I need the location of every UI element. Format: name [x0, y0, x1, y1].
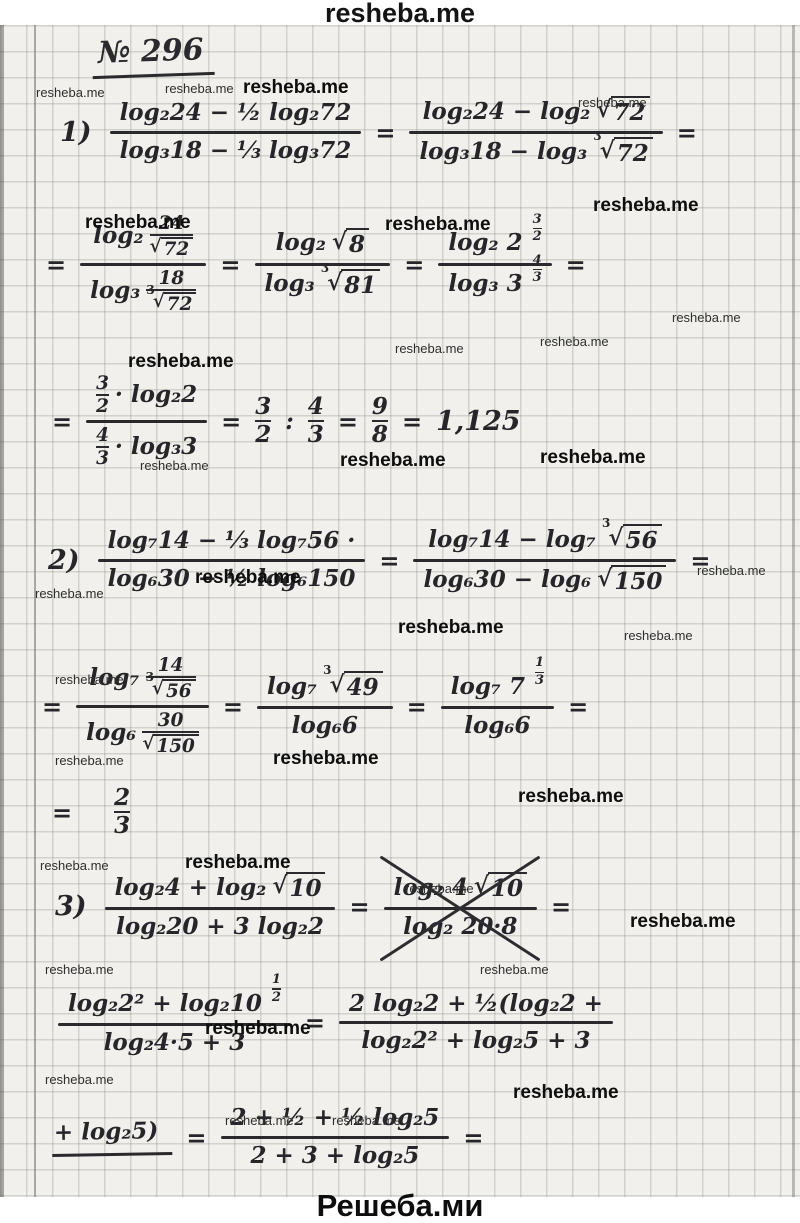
- watermark-bottom: Решеба.ми: [317, 1188, 484, 1223]
- exponent-fraction: 43: [533, 254, 542, 286]
- equation-row-5: = log₇ 14 3√56 log₆ 30 √150 = log₇ 3√49 …: [42, 656, 588, 756]
- radicand: 56: [163, 679, 196, 701]
- ratio-fraction: 32: [255, 395, 271, 447]
- watermark: resheba.me: [35, 586, 104, 601]
- denominator: log₆6: [464, 712, 530, 741]
- fraction-bar: [257, 706, 393, 709]
- numerator: 9: [372, 395, 388, 419]
- equals-sign: =: [375, 118, 395, 147]
- watermark: resheba.me: [85, 212, 191, 234]
- equals-sign: =: [677, 118, 697, 147]
- equals-sign: =: [568, 692, 588, 721]
- square-root-radical: √10: [272, 872, 325, 904]
- equals-sign: =: [402, 407, 422, 436]
- item-label: 3): [55, 891, 87, 922]
- nested-numerator: 18: [159, 269, 185, 288]
- fraction-bar: [76, 705, 209, 708]
- equals-sign: =: [551, 892, 571, 921]
- cube-root-radical: 3√72: [593, 137, 653, 169]
- radical-sign: √: [272, 872, 287, 901]
- nested-fraction: 30 √150: [142, 711, 198, 757]
- denominator-text: log₃: [90, 277, 140, 306]
- nested-fraction: 18 3√72: [146, 269, 196, 315]
- equals-sign: =: [186, 1123, 206, 1152]
- radical-sign: √: [597, 565, 612, 594]
- fraction-bar: [221, 1136, 450, 1139]
- equation-row-4: 2) log₇14 − ⅓ log₇56 · log₆30 − ½ log₆15…: [48, 524, 710, 597]
- fraction: log₂4 + log₂ √10 log₂20 + 3 log₂2: [105, 872, 336, 942]
- fraction-bar: [413, 559, 676, 562]
- numerator: 4: [96, 426, 109, 445]
- denominator-text: log₃18 − log₃: [419, 138, 587, 167]
- denominator-text: log₃: [265, 270, 315, 299]
- notebook-margin-line: [34, 25, 36, 1197]
- exp-numerator: 3: [533, 213, 542, 227]
- fraction-bar: [339, 1021, 613, 1024]
- fraction-bar: [98, 559, 366, 562]
- watermark: resheba.me: [128, 351, 234, 373]
- result-fraction: 23: [114, 786, 130, 838]
- watermark: resheba.me: [45, 962, 114, 977]
- ratio-fraction: 43: [308, 395, 324, 447]
- watermark: resheba.me: [398, 617, 504, 639]
- watermark: resheba.me: [385, 214, 491, 236]
- coefficient-fraction: 32: [96, 374, 109, 417]
- denominator: 2: [255, 423, 271, 447]
- watermark: resheba.me: [540, 447, 646, 469]
- equals-sign: =: [338, 407, 358, 436]
- watermark: resheba.me: [36, 85, 105, 100]
- square-root-radical: √10: [474, 872, 527, 904]
- denominator: 2 + 3 + log₂5: [251, 1142, 420, 1171]
- square-root-radical: √8: [332, 228, 369, 260]
- numerator: 3: [255, 395, 271, 419]
- equals-sign: =: [379, 546, 399, 575]
- item-label: 1): [60, 117, 92, 148]
- fraction: 2 log₂2 + ½(log₂2 + log₂2² + log₂5 + 3: [339, 990, 613, 1057]
- equation-row-6: = 23: [52, 786, 130, 838]
- radicand: 72: [161, 237, 194, 259]
- equals-sign: =: [220, 250, 240, 279]
- fraction: log₂ √8 log₃ 3√81: [255, 228, 391, 301]
- exp-denominator: 3: [533, 271, 542, 285]
- cube-root-radical: 3√49: [323, 671, 383, 703]
- denominator-text: log₃ 3: [448, 270, 522, 299]
- equals-sign: =: [407, 692, 427, 721]
- denominator: log₃18 − ⅓ log₃72: [120, 137, 352, 166]
- exp-numerator: 1: [272, 973, 281, 987]
- equals-sign: =: [221, 407, 241, 436]
- equals-sign: =: [404, 250, 424, 279]
- equals-sign: =: [463, 1123, 483, 1152]
- cube-root-radical: 3√72: [146, 292, 196, 314]
- fraction-bar: [441, 706, 554, 709]
- nested-numerator: 30: [158, 711, 184, 730]
- radicand: 10: [286, 872, 325, 904]
- radicand: 72: [164, 292, 197, 314]
- item-label: 2): [48, 545, 80, 576]
- radicand: 8: [346, 228, 369, 260]
- problem-number-title: № 296: [91, 32, 214, 79]
- watermark: resheba.me: [40, 858, 109, 873]
- exp-numerator: 1: [535, 656, 544, 670]
- radicand: 150: [611, 565, 666, 597]
- watermark: resheba.me: [624, 628, 693, 643]
- exponent-fraction: 12: [272, 973, 281, 1005]
- denominator-text: log₆: [86, 719, 136, 748]
- fraction-bar: [110, 131, 362, 134]
- fraction-bar: [105, 907, 336, 910]
- watermark: resheba.me: [55, 753, 124, 768]
- denominator: log₂ 20·8: [403, 913, 517, 942]
- fraction: log₇ 7 13 log₆6: [441, 671, 554, 741]
- numerator-text: log₇ 7: [451, 673, 525, 702]
- square-root-radical: √150: [142, 734, 198, 756]
- watermark: resheba.me: [332, 1113, 401, 1128]
- cube-root-radical: 3√56: [602, 524, 662, 556]
- scanned-notebook-page: { "wm": { "text": "resheba.me", "bottom"…: [0, 0, 800, 1223]
- denominator-text: · log₃3: [115, 433, 197, 462]
- page-left-edge: [0, 25, 4, 1197]
- numerator-text: log₂: [276, 229, 326, 258]
- equation-row-7: 3) log₂4 + log₂ √10 log₂20 + 3 log₂2 = l…: [55, 872, 571, 942]
- square-root-radical: √150: [597, 565, 666, 597]
- watermark: resheba.me: [195, 567, 301, 589]
- watermark: resheba.me: [578, 95, 647, 110]
- denominator: 3: [96, 449, 109, 468]
- numerator-text: · log₂2: [115, 381, 197, 410]
- equals-sign: =: [42, 692, 62, 721]
- equation-row-3: = 32 · log₂2 43 · log₃3 = 32 : 43 = 98 =…: [52, 374, 521, 468]
- equals-sign: =: [349, 892, 369, 921]
- equation-row-8: log₂2² + log₂10 12 log₂4·5 + 3 = 2 log₂2…: [58, 988, 613, 1058]
- watermark: resheba.me: [395, 341, 464, 356]
- watermark: resheba.me: [140, 458, 209, 473]
- watermark: resheba.me: [325, 0, 475, 29]
- watermark: resheba.me: [225, 1113, 294, 1128]
- watermark: resheba.me: [185, 852, 291, 874]
- decimal-result: 1,125: [436, 406, 521, 437]
- nested-fraction: 14 3√56: [146, 656, 196, 702]
- radical-sign: √: [332, 228, 347, 257]
- fraction: log₇ 3√49 log₆6: [257, 671, 393, 741]
- exp-denominator: 2: [272, 991, 281, 1005]
- fraction: 32 · log₂2 43 · log₃3: [86, 374, 207, 468]
- numerator: log₂24 − ½ log₂72: [120, 99, 352, 128]
- fraction: log₂24 − ½ log₂72 log₃18 − ⅓ log₃72: [110, 99, 362, 166]
- denominator: 3: [114, 814, 130, 838]
- exp-numerator: 4: [533, 254, 542, 268]
- nested-numerator: 14: [158, 656, 184, 675]
- watermark: resheba.me: [55, 672, 124, 687]
- numerator: 4: [308, 395, 324, 419]
- watermark: resheba.me: [405, 881, 474, 896]
- numerator: 2: [114, 786, 130, 810]
- numerator: log₇14 − ⅓ log₇56 ·: [108, 527, 356, 556]
- numerator: 2 log₂2 + ½(log₂2 +: [349, 990, 603, 1019]
- square-root-radical: √72: [150, 237, 194, 259]
- fraction: log₇14 − log₇ 3√56 log₆30 − log₆ √150: [413, 524, 676, 597]
- watermark: resheba.me: [243, 77, 349, 99]
- exp-denominator: 3: [535, 674, 544, 688]
- watermark: resheba.me: [340, 450, 446, 472]
- exp-denominator: 2: [533, 230, 542, 244]
- radical-sign: √: [330, 671, 345, 700]
- watermark: resheba.me: [45, 1072, 114, 1087]
- cube-root-radical: 3√81: [321, 269, 381, 301]
- fraction-bar: [80, 263, 206, 266]
- denominator-text: log₆30 − log₆: [423, 566, 591, 595]
- page-right-edge: [792, 25, 795, 1197]
- denominator: log₆6: [292, 712, 358, 741]
- exponent-fraction: 13: [535, 656, 544, 688]
- numerator-text: log₂4 + log₂: [115, 874, 267, 903]
- numerator-text: log₂24 − log₂: [423, 98, 591, 127]
- watermark: resheba.me: [273, 748, 379, 770]
- watermark: resheba.me: [480, 962, 549, 977]
- radicand: 81: [341, 269, 380, 301]
- watermark: resheba.me: [518, 786, 624, 808]
- denominator: log₂2² + log₂5 + 3: [361, 1027, 590, 1056]
- numerator: 3: [96, 374, 109, 393]
- equals-sign: =: [46, 250, 66, 279]
- radical-sign: √: [608, 524, 623, 553]
- equals-sign: =: [52, 407, 72, 436]
- radical-sign: √: [600, 137, 615, 166]
- numerator-text: log₂2² + log₂10: [68, 990, 262, 1019]
- fraction-bar: [409, 131, 662, 134]
- denominator: 8: [372, 423, 388, 447]
- watermark: resheba.me: [540, 334, 609, 349]
- watermark: resheba.me: [165, 81, 234, 96]
- coefficient-fraction: 43: [96, 426, 109, 469]
- denominator: 3: [308, 423, 324, 447]
- watermark: resheba.me: [593, 195, 699, 217]
- division-colon: :: [285, 408, 294, 435]
- result-fraction: 98: [372, 395, 388, 447]
- watermark: resheba.me: [205, 1018, 311, 1040]
- radicand: 49: [344, 671, 383, 703]
- numerator-text: log₇: [267, 673, 317, 702]
- exponent-fraction: 32: [533, 213, 542, 245]
- equals-sign: =: [223, 692, 243, 721]
- fraction: log₂ 2 32 log₃ 3 43: [438, 228, 551, 301]
- watermark: resheba.me: [672, 310, 741, 325]
- watermark: resheba.me: [513, 1082, 619, 1104]
- cube-root-radical: 3√56: [146, 679, 196, 701]
- watermark: resheba.me: [630, 911, 736, 933]
- equals-sign: =: [52, 798, 72, 827]
- equals-sign: =: [566, 250, 586, 279]
- fraction-bar: [86, 420, 207, 423]
- watermark: resheba.me: [697, 563, 766, 578]
- radicand: 56: [623, 524, 662, 556]
- numerator-text: log₇14 − log₇: [428, 526, 596, 555]
- radicand: 150: [153, 734, 198, 756]
- denominator: 2: [96, 397, 109, 416]
- radical-sign: √: [327, 269, 342, 298]
- radicand: 72: [614, 137, 653, 169]
- denominator: log₂20 + 3 log₂2: [116, 913, 324, 942]
- carried-term-underlined: + log₂5): [52, 1117, 173, 1157]
